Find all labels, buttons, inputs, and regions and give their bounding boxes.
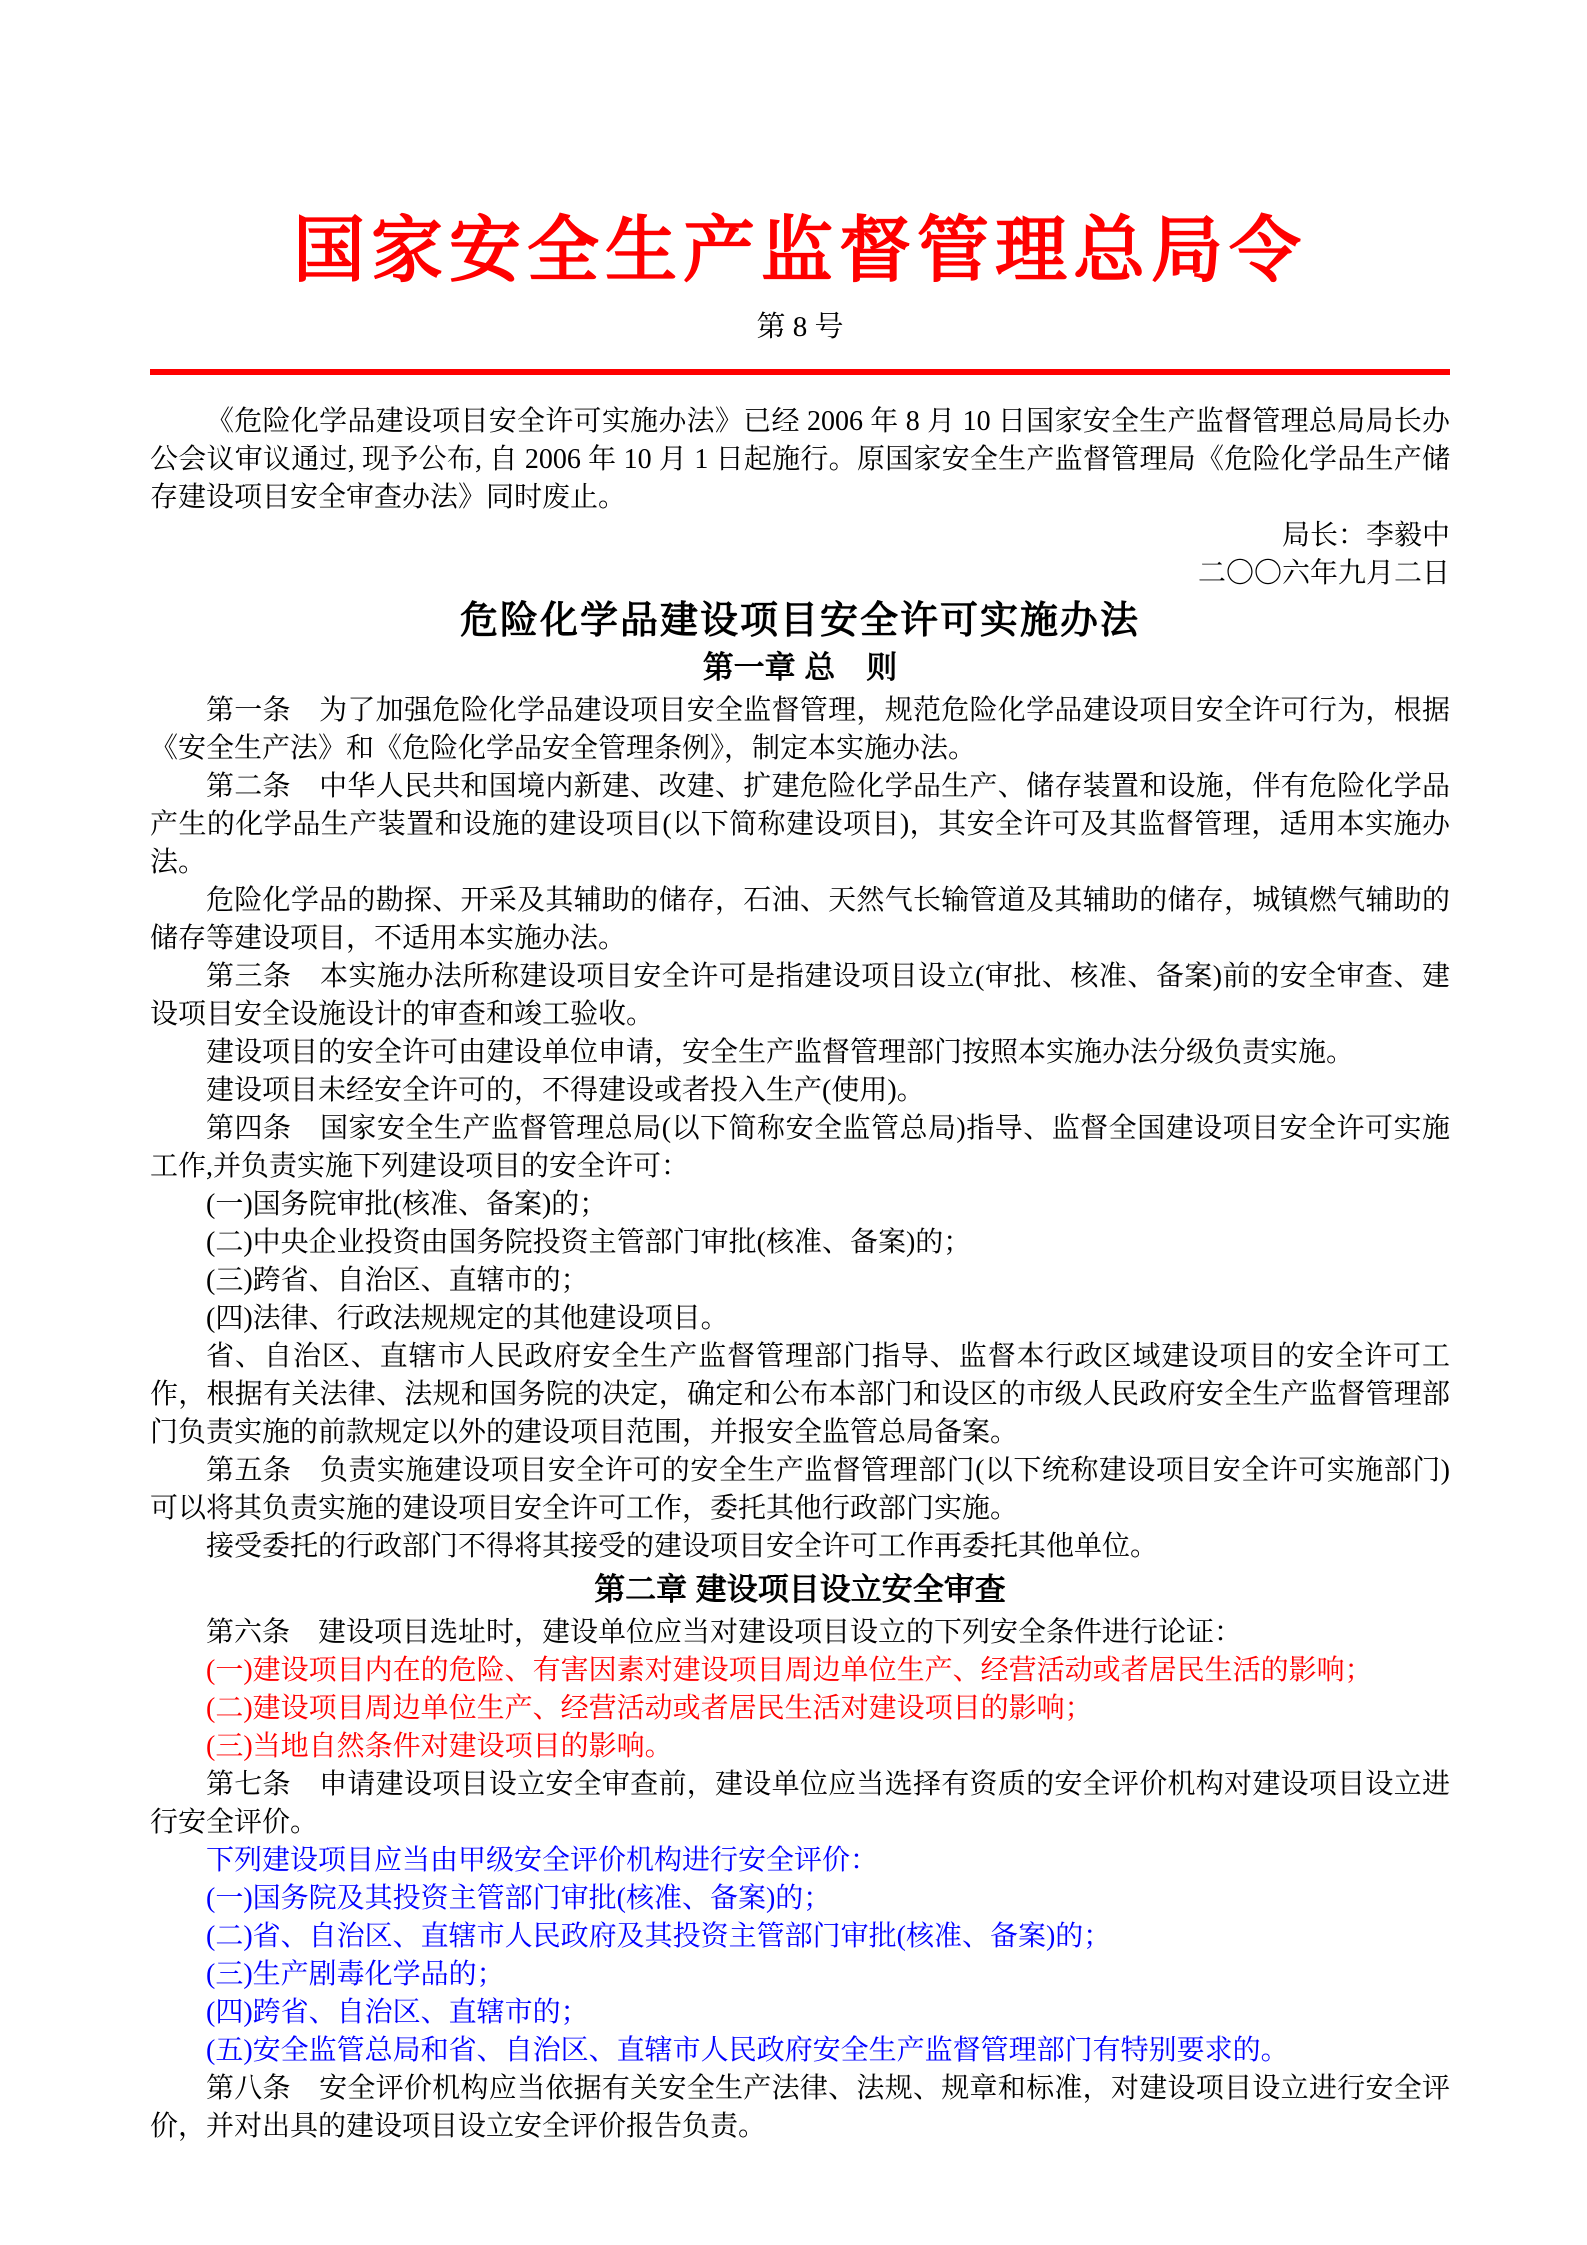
document-paragraph: 第三条 本实施办法所称建设项目安全许可是指建设项目设立(审批、核准、备案)前的安…: [150, 958, 1450, 1034]
preamble-paragraph: 《危险化学品建设项目安全许可实施办法》已经 2006 年 8 月 10 日国家安…: [150, 403, 1450, 517]
document-paragraph: 危险化学品的勘探、开采及其辅助的储存，石油、天然气长输管道及其辅助的储存，城镇燃…: [150, 882, 1450, 958]
document-paragraph: (三)生产剧毒化学品的；: [150, 1956, 1450, 1994]
document-paragraph: (一)建设项目内在的危险、有害因素对建设项目周边单位生产、经营活动或者居民生活的…: [150, 1652, 1450, 1690]
document-paragraph: 第四条 国家安全生产监督管理总局(以下简称安全监管总局)指导、监督全国建设项目安…: [150, 1110, 1450, 1186]
document-paragraph: 省、自治区、直辖市人民政府安全生产监督管理部门指导、监督本行政区域建设项目的安全…: [150, 1338, 1450, 1452]
document-paragraph: (二)建设项目周边单位生产、经营活动或者居民生活对建设项目的影响；: [150, 1690, 1450, 1728]
document-paragraph: 第一条 为了加强危险化学品建设项目安全监督管理，规范危险化学品建设项目安全许可行…: [150, 692, 1450, 768]
document-paragraph: (二)省、自治区、直辖市人民政府及其投资主管部门审批(核准、备案)的；: [150, 1918, 1450, 1956]
chapters-container: 第一章 总 则第一条 为了加强危险化学品建设项目安全监督管理，规范危险化学品建设…: [150, 646, 1450, 2146]
document-paragraph: 第七条 申请建设项目设立安全审查前，建设单位应当选择有资质的安全评价机构对建设项…: [150, 1766, 1450, 1842]
document-paragraph: (三)当地自然条件对建设项目的影响。: [150, 1728, 1450, 1766]
document-paragraph: 第二条 中华人民共和国境内新建、改建、扩建危险化学品生产、储存装置和设施，伴有危…: [150, 768, 1450, 882]
order-number: 第 8 号: [150, 307, 1450, 347]
document-paragraph: (三)跨省、自治区、直辖市的；: [150, 1262, 1450, 1300]
document-paragraph: (四)跨省、自治区、直辖市的；: [150, 1994, 1450, 2032]
red-divider-line: [150, 369, 1450, 375]
document-paragraph: (五)安全监管总局和省、自治区、直辖市人民政府安全生产监督管理部门有特别要求的。: [150, 2032, 1450, 2070]
document-body: 《危险化学品建设项目安全许可实施办法》已经 2006 年 8 月 10 日国家安…: [150, 403, 1450, 2146]
document-paragraph: 第八条 安全评价机构应当依据有关安全生产法律、法规、规章和标准，对建设项目设立进…: [150, 2070, 1450, 2146]
signature-block: 局长：李毅中 二〇〇六年九月二日: [150, 517, 1450, 593]
regulation-title: 危险化学品建设项目安全许可实施办法: [150, 598, 1450, 644]
signature-date: 二〇〇六年九月二日: [150, 555, 1450, 593]
document-page: 国家安全生产监督管理总局令 第 8 号 《危险化学品建设项目安全许可实施办法》已…: [0, 0, 1587, 2245]
document-paragraph: 接受委托的行政部门不得将其接受的建设项目安全许可工作再委托其他单位。: [150, 1528, 1450, 1566]
order-title: 国家安全生产监督管理总局令: [150, 213, 1450, 289]
signer-name: 局长：李毅中: [150, 517, 1450, 555]
document-paragraph: (二)中央企业投资由国务院投资主管部门审批(核准、备案)的；: [150, 1224, 1450, 1262]
chapter-heading-1: 第一章 总 则: [150, 646, 1450, 690]
chapter-heading-2: 第二章 建设项目设立安全审查: [150, 1568, 1450, 1612]
document-paragraph: (一)国务院及其投资主管部门审批(核准、备案)的；: [150, 1880, 1450, 1918]
document-paragraph: 下列建设项目应当由甲级安全评价机构进行安全评价：: [150, 1842, 1450, 1880]
document-paragraph: 建设项目未经安全许可的，不得建设或者投入生产(使用)。: [150, 1072, 1450, 1110]
document-paragraph: 第五条 负责实施建设项目安全许可的安全生产监督管理部门(以下统称建设项目安全许可…: [150, 1452, 1450, 1528]
document-paragraph: 第六条 建设项目选址时，建设单位应当对建设项目设立的下列安全条件进行论证：: [150, 1614, 1450, 1652]
document-paragraph: (一)国务院审批(核准、备案)的；: [150, 1186, 1450, 1224]
document-paragraph: (四)法律、行政法规规定的其他建设项目。: [150, 1300, 1450, 1338]
document-paragraph: 建设项目的安全许可由建设单位申请，安全生产监督管理部门按照本实施办法分级负责实施…: [150, 1034, 1450, 1072]
